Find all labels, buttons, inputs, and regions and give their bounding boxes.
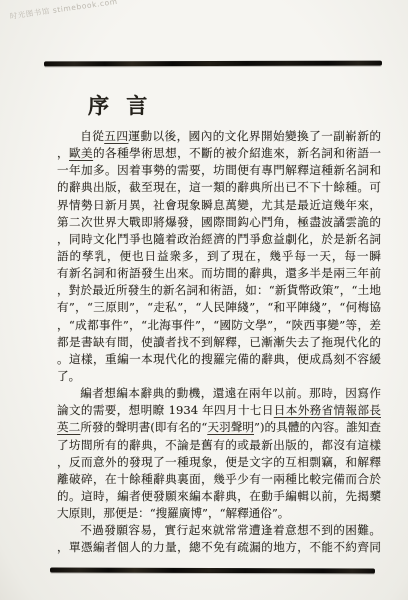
text-line: 。這樣，重編一本現代化的搜羅完備的辭典，便成爲刻不容緩的事	[57, 351, 381, 368]
text-line: ，單憑編者個人的力量，總不免有疏漏的地方，不能不約齊同好，	[57, 539, 381, 556]
text-segment: 的各種學術思想，不斷的被介紹進來，新名詞和術語一年比	[57, 146, 381, 162]
text-segment: ，“成都事件”，“北海事件”，“國防文學”，“陝西事變”等，差不多	[57, 318, 381, 334]
text-segment: 語的孳乳，便也日益衆多，到了現在，幾乎每一天，每一瞬間，都	[57, 249, 381, 265]
text-line: 英二所發的聲明書(即有名的“天羽聲明”)的具體的內容。誰知查遍	[57, 419, 381, 436]
text-segment: 界情勢日新月異，社會現象瞬息萬變，尤其是最近這幾年來，由於	[57, 198, 381, 214]
text-line: 有新名詞和術語發生出來。而坊間的辭典，還多半是兩三年前出的	[57, 265, 381, 282]
text-segment: 自從	[80, 129, 104, 143]
proper-noun-underline: 五四	[104, 129, 128, 143]
text-segment: ，同時文化鬥爭也隨着政治經濟的鬥爭愈益劇化，於是新名詞和術	[57, 232, 381, 248]
text-segment: 的。這時，編者便發願來編本辭典，在動手編輯以前，先揭櫫了兩	[57, 489, 381, 505]
text-line: 語的孳乳，便也日益衆多，到了現在，幾乎每一天，每一瞬間，都	[57, 248, 381, 265]
proper-noun-underline: 天羽聲明	[207, 420, 254, 434]
text-line: 界情勢日新月異，社會現象瞬息萬變，尤其是最近這幾年來，由於	[57, 197, 381, 214]
text-segment: 了。	[57, 369, 80, 383]
text-segment: 論文的需要，想明瞭 1934 年四月十七日	[57, 403, 274, 417]
text-line: 了。	[57, 368, 381, 385]
text-line: 的辭典出版，截至現在，這一類的辭典所出已不下十餘種。可是世	[57, 179, 381, 196]
text-line: ，對於最近所發生的新名詞和術語，如：“新貨幣政策”，“土地村	[57, 282, 381, 299]
text-segment: ，	[57, 146, 69, 160]
text-line: 一年加多。因着事勢的需要，坊間便有專門解釋這種新名詞和術語	[57, 162, 381, 179]
scanned-book-page: 时光图书馆 stimebook.com 序 言 自從五四運動以後，國內的文化界開…	[0, 0, 408, 600]
text-line: 都是書缺有間，使讀者找不到解釋，已漸漸失去了拖現代化的效用	[57, 334, 381, 351]
text-segment: 所發的聲明書(即有名的“	[80, 420, 207, 434]
text-segment: 都是書缺有間，使讀者找不到解釋，已漸漸失去了拖現代化的效用	[57, 335, 381, 351]
text-line: ，反而意外的發現了一種現象，便是文字的互相剽竊，和解釋的支	[57, 454, 381, 471]
text-line: 離破碎，在十餘種辭典裏面，幾乎少有一兩種比較完備而合於實用	[57, 471, 381, 488]
text-line: 第二次世界大戰即將爆發，國際間鈎心鬥角，極盡波譎雲詭的能事	[57, 214, 381, 231]
text-line: ，歐美的各種學術思想，不斷的被介紹進來，新名詞和術語一年比	[57, 145, 381, 162]
text-segment: 離破碎，在十餘種辭典裏面，幾乎少有一兩種比較完備而合於實用	[57, 472, 381, 488]
text-line: 的。這時，編者便發願來編本辭典，在動手編輯以前，先揭櫫了兩	[57, 488, 381, 505]
text-line: 大原則，那便是：“搜羅廣博”，“解釋通俗”。	[57, 505, 381, 522]
text-segment: 有新名詞和術語發生出來。而坊間的辭典，還多半是兩三年前出的	[57, 266, 381, 282]
library-watermark: 时光图书馆 stimebook.com	[9, 0, 118, 22]
text-line: ，同時文化鬥爭也隨着政治經濟的鬥爭愈益劇化，於是新名詞和術	[57, 231, 381, 248]
text-segment: 。這樣，重編一本現代化的搜羅完備的辭典，便成爲刻不容緩的事	[57, 352, 381, 368]
text-segment: ，單憑編者個人的力量，總不免有疏漏的地方，不能不約齊同好，	[57, 540, 381, 556]
text-segment: 編者想編本辭典的動機，還遠在兩年以前。那時，因寫作時事	[57, 386, 381, 402]
text-line: 了坊間所有的辭典，不論是舊有的或最新出版的，都沒有這樣一條	[57, 437, 381, 454]
text-body: 自從五四運動以後，國內的文化界開始變換了一副嶄新的面目，歐美的各種學術思想，不斷…	[57, 128, 381, 557]
bottom-horizontal-rule	[50, 567, 375, 573]
text-segment: 了坊間所有的辭典，不論是舊有的或最新出版的，都沒有這樣一條	[57, 438, 381, 454]
text-segment: 第二次世界大戰即將爆發，國際間鈎心鬥角，極盡波譎雲詭的能事	[57, 215, 381, 231]
text-line: 有”，“三原則”，“走私”，“人民陣綫”，“和平陣綫”，“何梅協定”	[57, 299, 381, 316]
text-line: 論文的需要，想明瞭 1934 年四月十七日日本外務省情報部長天羽	[57, 402, 381, 419]
text-segment: 不過發願容易，實行起來就常常遭逢着意想不到的困難。第一	[57, 523, 381, 539]
text-line: 自從五四運動以後，國內的文化界開始變換了一副嶄新的面目	[57, 128, 381, 145]
text-line: 不過發願容易，實行起來就常常遭逢着意想不到的困難。第一	[57, 522, 381, 539]
text-segment: ，反而意外的發現了一種現象，便是文字的互相剽竊，和解釋的支	[57, 455, 381, 471]
text-segment: 有”，“三原則”，“走私”，“人民陣綫”，“和平陣綫”，“何梅協定”	[57, 300, 381, 316]
proper-noun-underline: 英二	[57, 420, 80, 434]
text-line: 編者想編本辭典的動機，還遠在兩年以前。那時，因寫作時事	[57, 385, 381, 402]
page-title: 序 言	[88, 90, 149, 120]
text-segment: 大原則，那便是：“搜羅廣博”，“解釋通俗”。	[57, 506, 289, 520]
proper-noun-underline: 歐美	[69, 146, 93, 160]
top-horizontal-rule	[44, 61, 382, 66]
text-line: ，“成都事件”，“北海事件”，“國防文學”，“陝西事變”等，差不多	[57, 317, 381, 334]
text-segment: 的辭典出版，截至現在，這一類的辭典所出已不下十餘種。可是世	[57, 180, 381, 196]
text-segment: ，對於最近所發生的新名詞和術語，如：“新貨幣政策”，“土地村	[57, 283, 381, 299]
text-segment: 一年加多。因着事勢的需要，坊間便有專門解釋這種新名詞和術語	[57, 163, 381, 179]
